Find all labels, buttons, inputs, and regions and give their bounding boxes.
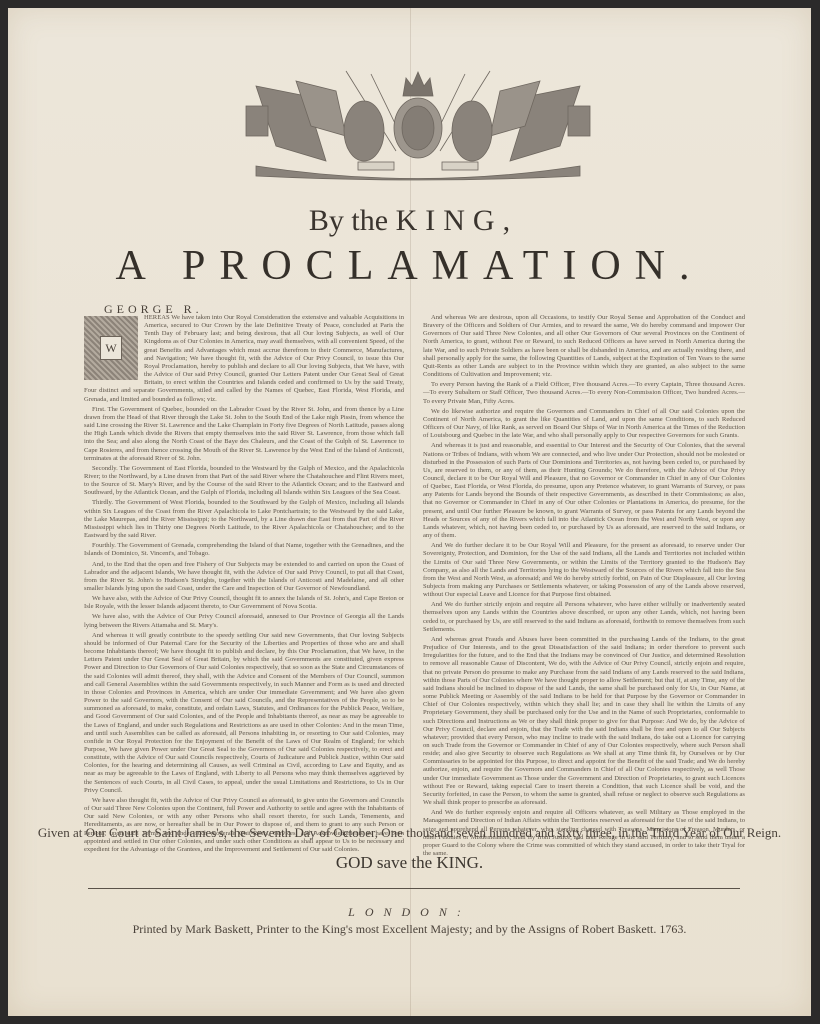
- heading-by-the-king: By the KING,: [8, 204, 811, 238]
- paragraph: We do likewise authorize and require the…: [423, 408, 745, 441]
- paragraph: And We do further declare it to be Our R…: [423, 542, 745, 599]
- paragraph: Secondly. The Government of East Florida…: [84, 465, 404, 498]
- heading-king: KING: [396, 204, 503, 237]
- paragraph: To every Person having the Rank of a Fie…: [423, 381, 745, 405]
- paragraph: And We do further strictly enjoin and re…: [423, 601, 745, 634]
- heading-proclamation: A PROCLAMATION.: [8, 242, 811, 290]
- paragraph: First. The Government of Quebec, bounded…: [84, 406, 404, 463]
- heading-comma: ,: [503, 204, 511, 237]
- paragraph: We have also, with the Advice of Our Pri…: [84, 613, 404, 629]
- god-save-the-king: GOD save the KING.: [8, 853, 811, 873]
- heading-prefix: By the: [309, 204, 396, 237]
- paragraph: And whereas it is just and reasonable, a…: [423, 442, 745, 540]
- paragraph: We have also, with the Advice of Our Pri…: [84, 595, 404, 611]
- proclamation-sheet: By the KING, A PROCLAMATION. GEORGE R. W…: [8, 8, 811, 1016]
- divider-rule: [88, 888, 740, 889]
- dropcap-letter: W: [100, 336, 122, 360]
- paragraph: And whereas great Frauds and Abuses have…: [423, 636, 745, 807]
- paragraph: Thirdly. The Government of West Florida,…: [84, 499, 404, 540]
- imprint-city: LONDON:: [8, 905, 811, 920]
- right-text-column: And whereas We are desirous, upon all Oc…: [423, 314, 745, 860]
- ornamental-initial: W: [84, 316, 138, 380]
- paragraph: And whereas We are desirous, upon all Oc…: [423, 314, 745, 379]
- royal-coat-of-arms-icon: [236, 66, 600, 184]
- imprint-printer: Printed by Mark Baskett, Printer to the …: [8, 922, 811, 937]
- paragraph: Fourthly. The Government of Grenada, com…: [84, 542, 404, 558]
- left-text-column: W HEREAS We have taken into Our Royal Co…: [84, 314, 404, 856]
- paragraph: And whereas it will greatly contribute t…: [84, 632, 404, 795]
- paragraph: And, to the End that the open and free F…: [84, 561, 404, 594]
- given-at-court-line: Given at Our Court at Saint James's, the…: [8, 825, 811, 841]
